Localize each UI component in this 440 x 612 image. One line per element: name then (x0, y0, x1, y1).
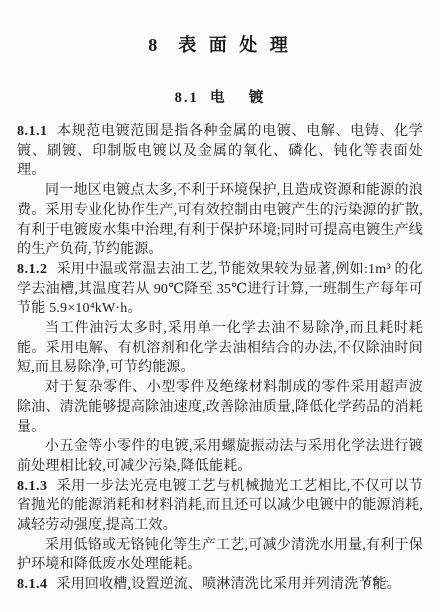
paragraph-text: 采用回收槽,设置逆流、喷淋清洗比采用并列清洗节能。 (57, 577, 402, 592)
section-title: 8.1 电 镀 (0, 86, 440, 107)
page-number: · 65 · (354, 576, 391, 588)
document-body: 8.1.1本规范电镀范围是指各种金属的电镀、电解、电铸、化学镀、刷镀、印制版电镀… (0, 122, 440, 595)
paragraph: 8.1.1本规范电镀范围是指各种金属的电镀、电解、电铸、化学镀、刷镀、印制版电镀… (17, 122, 423, 181)
paragraph-text: 采用低铬或无铬钝化等生产工艺,可减少清洗水用量,有利于保护环境和降低废水处理能耗… (17, 538, 423, 573)
paragraph: 采用低铬或无铬钝化等生产工艺,可减少清洗水用量,有利于保护环境和降低废水处理能耗… (17, 536, 423, 575)
clause-number: 8.1.3 (17, 479, 48, 494)
paragraph-text: 采用一步法光亮电镀工艺与机械抛光工艺相比,不仅可以节省抛光的能源消耗和材料消耗,… (17, 479, 423, 533)
paragraph-text: 同一地区电镀点太多,不利于环境保护,且造成资源和能源的浪费。采用专业化协作生产,… (17, 183, 423, 257)
clause-number: 8.1.1 (17, 124, 48, 139)
paragraph-text: 对于复杂零件、小型零件及绝缘材料制成的零件采用超声波除油、清洗能够提高除油速度,… (17, 380, 423, 434)
paragraph: 同一地区电镀点太多,不利于环境保护,且造成资源和能源的浪费。采用专业化协作生产,… (17, 181, 423, 260)
paragraph-text: 采用中温或常温去油工艺,节能效果较为显著,例如:1m³ 的化学去油槽,其温度若从… (17, 262, 423, 316)
paragraph: 小五金等小零件的电镀,采用螺旋振动法与采用化学法进行镀前处理相比较,可减少污染,… (17, 437, 423, 476)
clause-number: 8.1.4 (17, 577, 48, 592)
document-page: 8 表 面 处 理 8.1 电 镀 8.1.1本规范电镀范围是指各种金属的电镀、… (0, 0, 440, 612)
paragraph: 8.1.3采用一步法光亮电镀工艺与机械抛光工艺相比,不仅可以节省抛光的能源消耗和… (17, 477, 423, 536)
chapter-title: 8 表 面 处 理 (0, 0, 440, 57)
paragraph-text: 本规范电镀范围是指各种金属的电镀、电解、电铸、化学镀、刷镀、印制版电镀以及金属的… (17, 124, 423, 178)
paragraph: 8.1.2采用中温或常温去油工艺,节能效果较为显著,例如:1m³ 的化学去油槽,… (17, 260, 423, 319)
paragraph: 当工件油污太多时,采用单一化学去油不易除净,而且耗时耗能。采用电解、有机溶剂和化… (17, 319, 423, 378)
paragraph-text: 当工件油污太多时,采用单一化学去油不易除净,而且耗时耗能。采用电解、有机溶剂和化… (17, 321, 423, 375)
paragraph-text: 小五金等小零件的电镀,采用螺旋振动法与采用化学法进行镀前处理相比较,可减少污染,… (17, 439, 423, 474)
clause-number: 8.1.2 (17, 262, 48, 277)
paragraph: 对于复杂零件、小型零件及绝缘材料制成的零件采用超声波除油、清洗能够提高除油速度,… (17, 378, 423, 437)
